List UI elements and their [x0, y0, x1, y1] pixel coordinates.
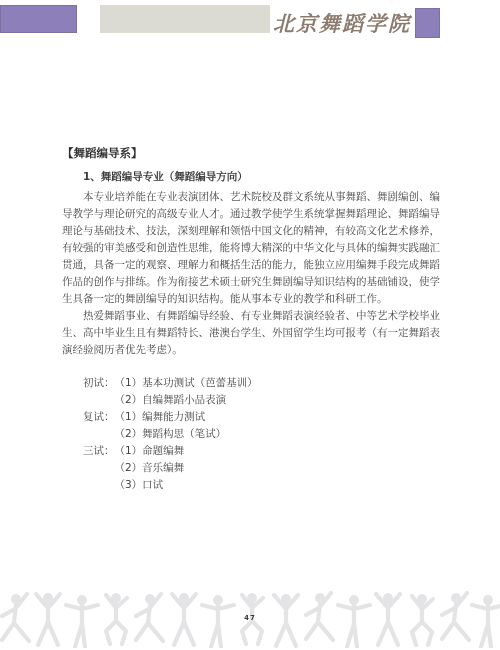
- header-purple-bar: [0, 5, 77, 33]
- document-page: 北京舞蹈学院 【舞蹈编导系】 1、舞蹈编导专业（舞蹈编导方向） 本专业培养能在专…: [0, 0, 500, 650]
- school-name-calligraphy: 北京舞蹈学院: [273, 8, 415, 40]
- exam-item: （2）音乐编舞: [115, 460, 441, 477]
- exam-item: （2）自编舞蹈小品表演: [115, 392, 441, 409]
- exam-list: 初试： （1）基本功测试（芭蕾基训） （2）自编舞蹈小品表演 复试： （1）编舞…: [83, 375, 440, 494]
- page-number: 47: [0, 614, 500, 622]
- header-gray-bar: [100, 5, 270, 33]
- exam-item: （1）编舞能力测试: [115, 409, 441, 426]
- exam-stage-label: 复试：: [83, 409, 115, 426]
- exam-stage-label: 三试：: [83, 443, 115, 460]
- section-title: 【舞蹈编导系】: [62, 145, 440, 162]
- exam-stage-label: 初试：: [83, 375, 115, 392]
- exam-item: （3）口试: [115, 477, 441, 494]
- main-content: 【舞蹈编导系】 1、舞蹈编导专业（舞蹈编导方向） 本专业培养能在专业表演团体、艺…: [62, 145, 440, 494]
- major-title: 1、舞蹈编导专业（舞蹈编导方向）: [83, 169, 440, 186]
- eligibility-paragraph: 热爱舞蹈事业、有舞蹈编导经验、有专业舞蹈表演经验者、中等艺术学校毕业生、高中毕业…: [62, 308, 440, 359]
- header-purple-square: [415, 8, 440, 38]
- exam-item: （2）舞蹈构思（笔试）: [115, 426, 441, 443]
- intro-paragraph: 本专业培养能在专业表演团体、艺术院校及群文系统从事舞蹈、舞剧编创、编导教学与理论…: [62, 189, 440, 308]
- exam-stage-first: 初试： （1）基本功测试（芭蕾基训） （2）自编舞蹈小品表演: [83, 375, 440, 409]
- exam-item: （1）基本功测试（芭蕾基训）: [115, 375, 441, 392]
- exam-stage-third: 三试： （1）命题编舞 （2）音乐编舞 （3）口试: [83, 443, 440, 494]
- exam-stage-second: 复试： （1）编舞能力测试 （2）舞蹈构思（笔试）: [83, 409, 440, 443]
- exam-item: （1）命题编舞: [115, 443, 441, 460]
